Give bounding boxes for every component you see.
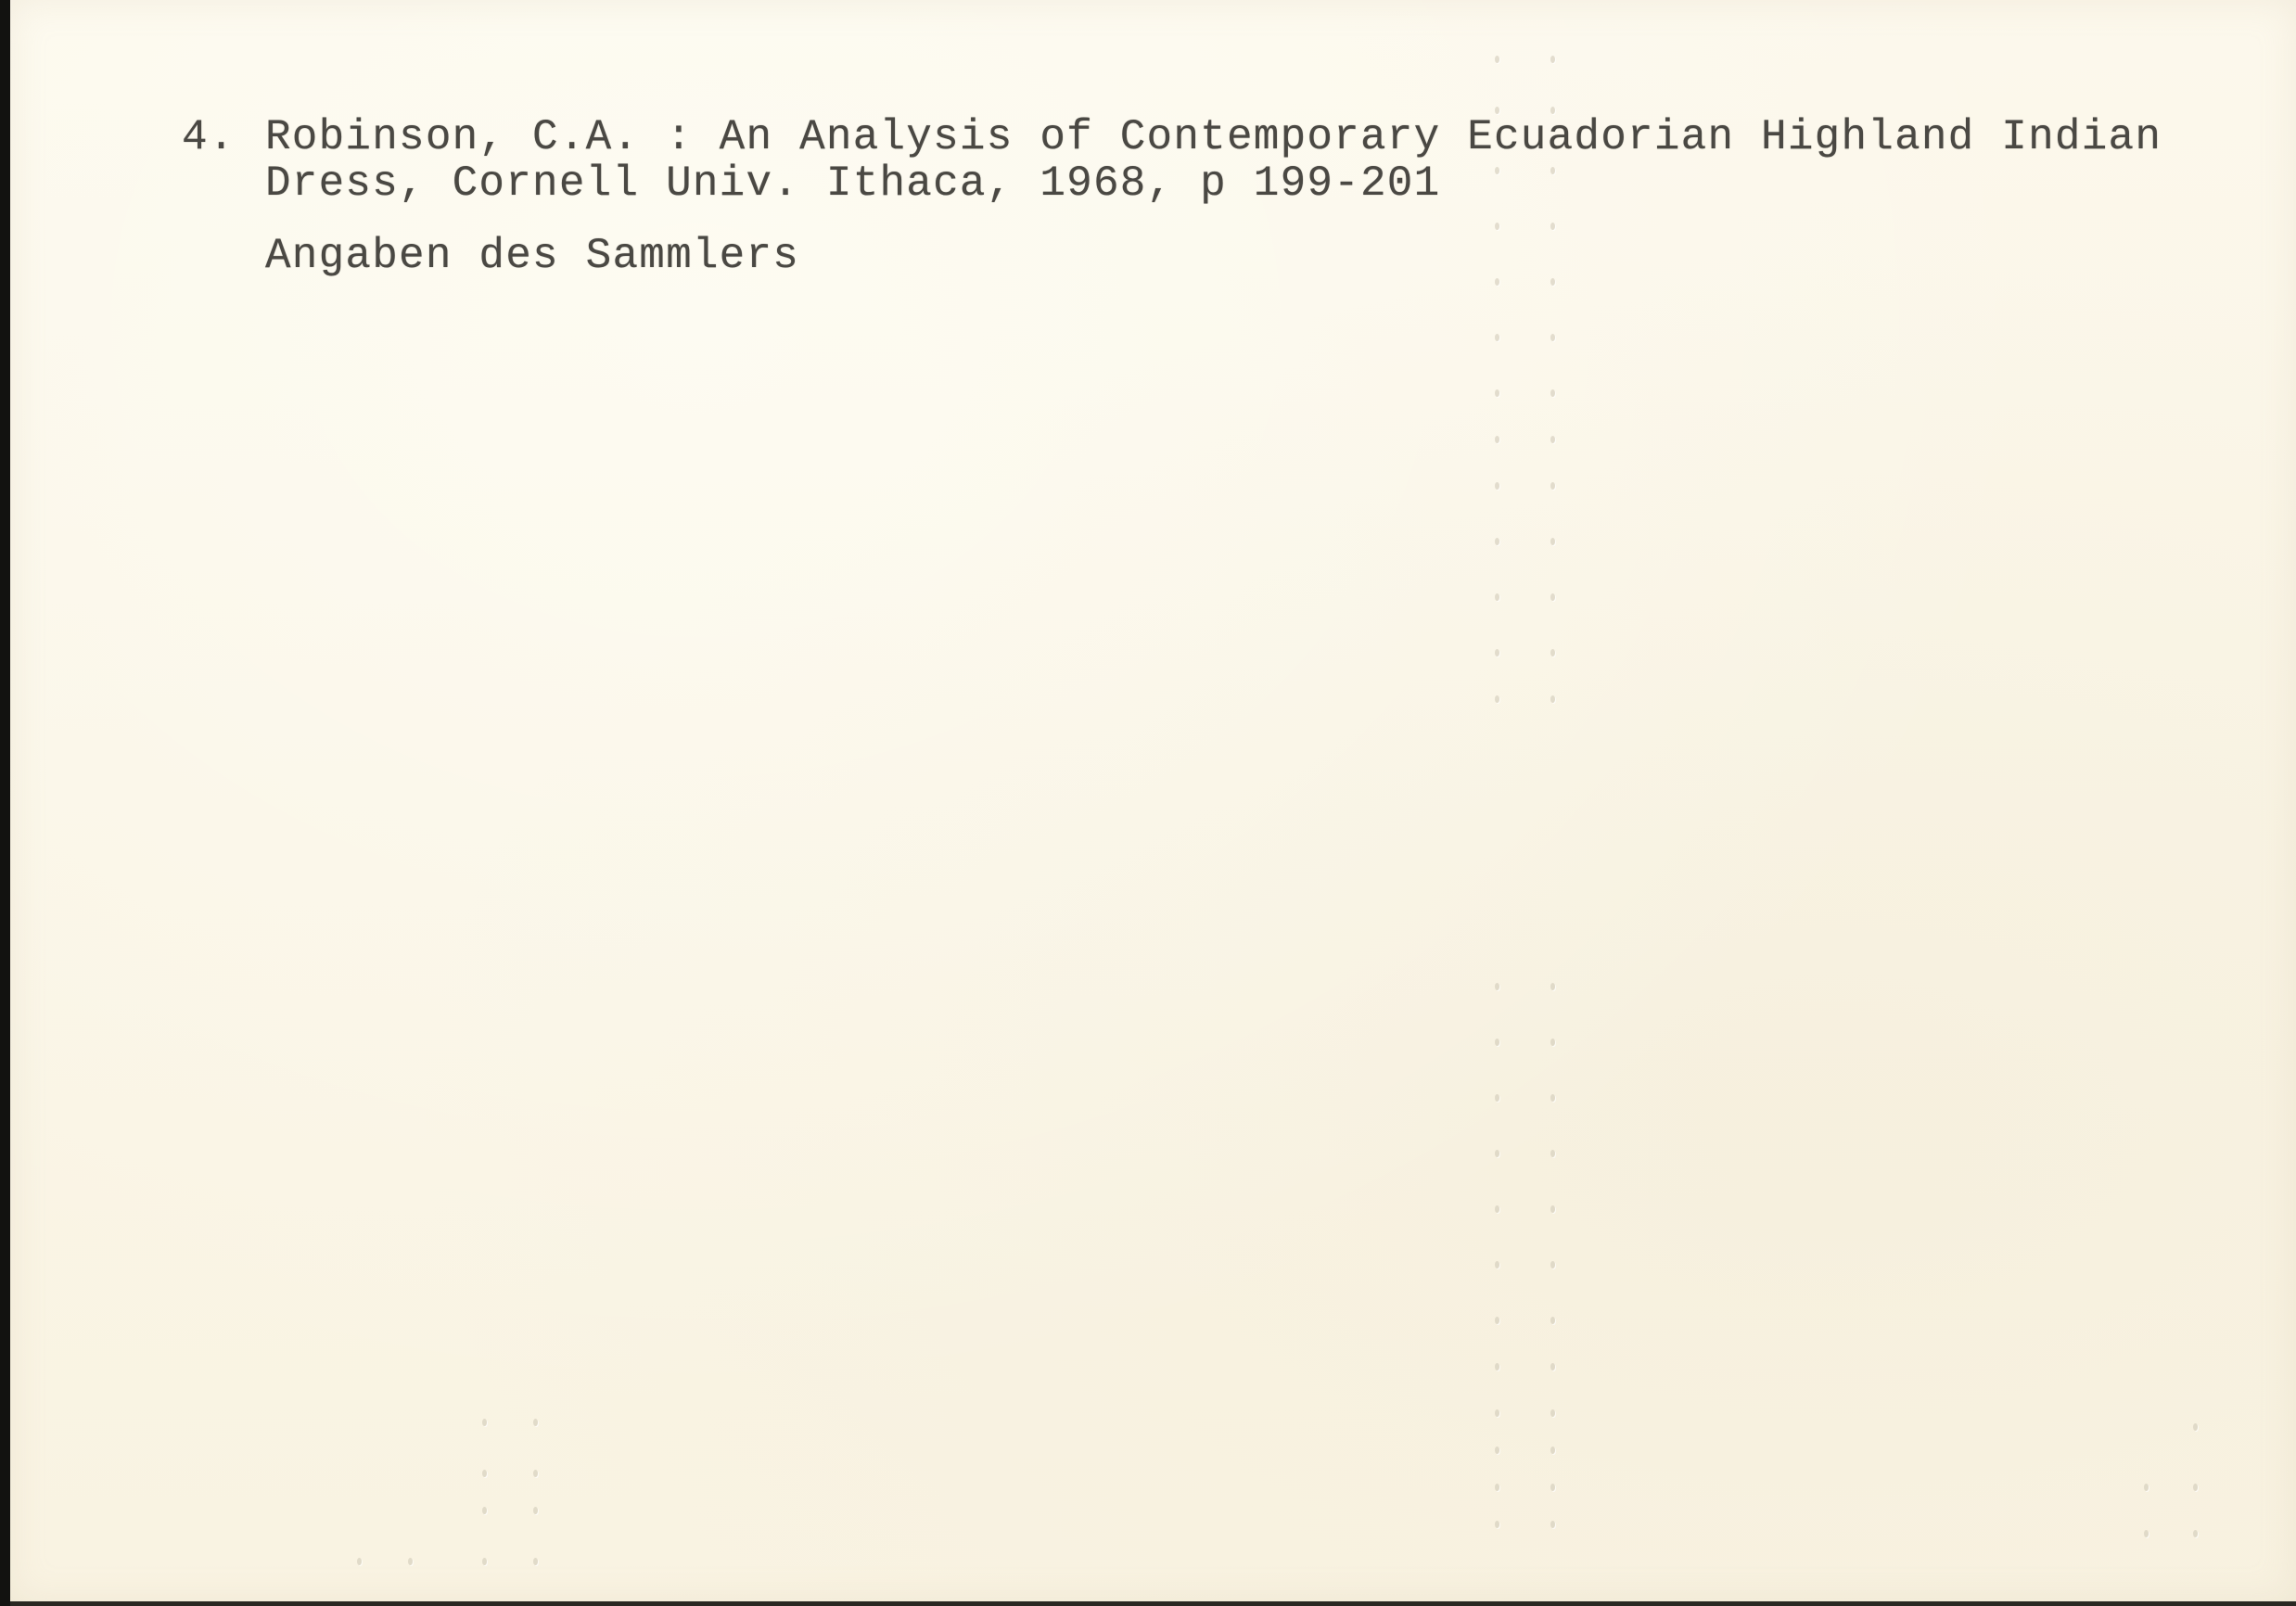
perforation-dot — [1495, 1150, 1499, 1157]
perforation-dot — [1495, 167, 1499, 174]
perforation-dot — [1550, 1484, 1555, 1491]
perforation-dot — [1495, 1261, 1499, 1268]
perforation-dot — [1495, 1484, 1499, 1491]
perforation-dot — [1495, 334, 1499, 341]
perforation-dot — [533, 1419, 538, 1426]
perforation-dot — [482, 1470, 487, 1477]
perforation-dot — [2144, 1530, 2149, 1537]
perforation-dot — [2193, 1530, 2198, 1537]
perforation-dot — [2193, 1484, 2198, 1491]
perforation-dot — [1550, 482, 1555, 490]
perforation-dot — [533, 1470, 538, 1477]
perforation-dot — [1550, 1521, 1555, 1528]
perforation-dot — [1550, 278, 1555, 286]
perforation-dot — [1550, 1317, 1555, 1324]
perforation-dot — [1550, 1363, 1555, 1370]
perforation-dot — [533, 1507, 538, 1514]
perforation-dot — [1550, 1150, 1555, 1157]
perforation-dot — [1550, 1039, 1555, 1046]
perforation-dot — [1495, 695, 1499, 703]
perforation-dot — [1495, 482, 1499, 490]
perforation-dot — [1550, 1261, 1555, 1268]
perforation-dot — [1550, 1205, 1555, 1213]
perforation-dot — [1495, 538, 1499, 545]
perforation-dot — [2193, 1423, 2198, 1431]
perforation-dot — [1495, 1363, 1499, 1370]
perforation-dot — [1495, 389, 1499, 397]
perforation-dot — [533, 1558, 538, 1565]
scan-border-bottom — [10, 1601, 2296, 1606]
perforation-dot — [1550, 389, 1555, 397]
entry-number: 4. — [182, 113, 236, 161]
perforation-dot — [1550, 695, 1555, 703]
perforation-dot — [357, 1558, 362, 1565]
perforation-dot — [1495, 1521, 1499, 1528]
perforation-dot — [1550, 167, 1555, 174]
citation-line-1: Robinson, C.A. : An Analysis of Contempo… — [265, 113, 2162, 161]
citation-line-2: Dress, Cornell Univ. Ithaca, 1968, p 199… — [265, 159, 1440, 208]
perforation-dot — [1550, 1094, 1555, 1102]
perforation-dot — [1550, 983, 1555, 990]
perforation-dot — [1550, 593, 1555, 601]
perforation-dot — [482, 1507, 487, 1514]
perforation-dot — [1495, 593, 1499, 601]
perforation-dot — [2144, 1484, 2149, 1491]
perforation-dot — [1550, 538, 1555, 545]
perforation-dot — [1550, 223, 1555, 230]
perforation-dot — [408, 1558, 413, 1565]
perforation-dot — [1495, 649, 1499, 656]
perforation-dot — [1550, 1447, 1555, 1454]
perforation-dot — [1495, 1205, 1499, 1213]
perforation-dot — [1495, 278, 1499, 286]
perforation-dot — [1495, 983, 1499, 990]
perforation-dot — [1495, 1094, 1499, 1102]
perforation-dot — [1495, 223, 1499, 230]
perforation-dot — [1495, 1039, 1499, 1046]
perforation-dot — [1550, 56, 1555, 63]
perforation-dot — [1550, 1409, 1555, 1417]
perforation-dot — [482, 1419, 487, 1426]
perforation-dot — [1495, 1317, 1499, 1324]
perforation-dot — [1550, 334, 1555, 341]
perforation-dot — [1495, 56, 1499, 63]
perforation-dot — [482, 1558, 487, 1565]
collector-note: Angaben des Sammlers — [265, 232, 799, 280]
perforation-dot — [1495, 1409, 1499, 1417]
perforation-dot — [1550, 436, 1555, 443]
perforation-dot — [1550, 649, 1555, 656]
perforation-dot — [1495, 1447, 1499, 1454]
perforation-dot — [1495, 436, 1499, 443]
